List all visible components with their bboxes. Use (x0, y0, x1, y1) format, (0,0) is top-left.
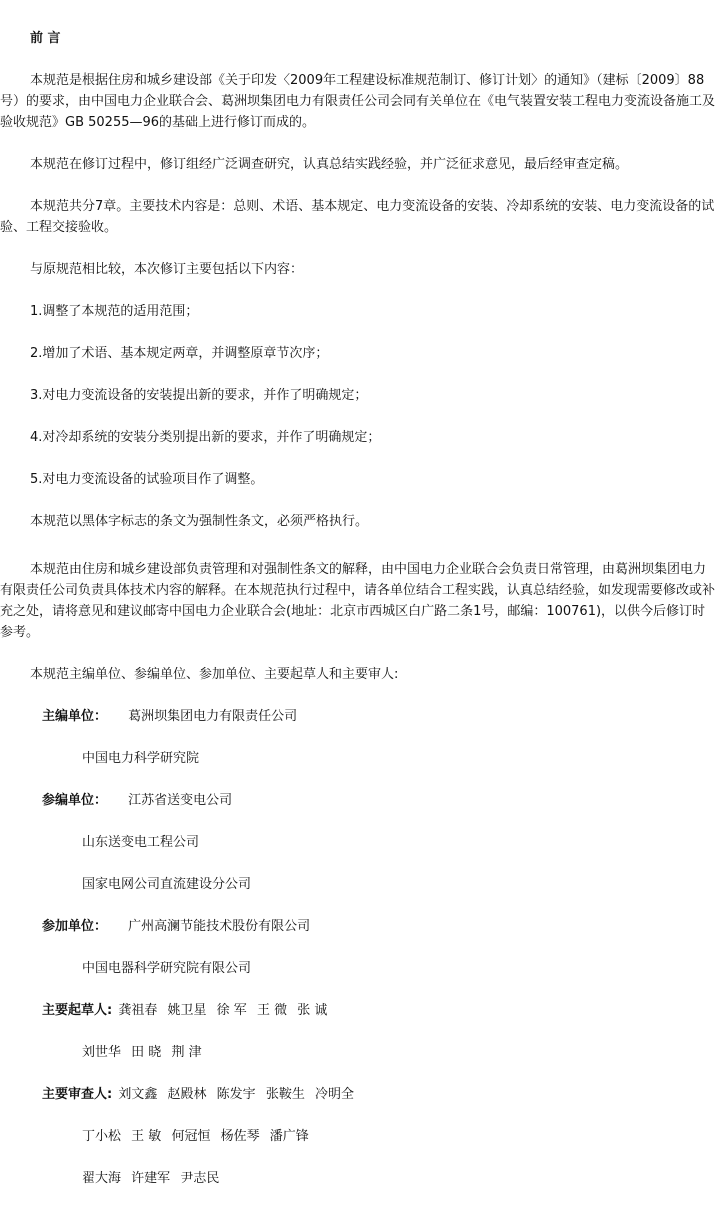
person-name: 冷明全 (315, 1087, 354, 1102)
page-title: 前 言 (30, 28, 61, 49)
joined-unit: 中国电器科学研究院有限公司 (82, 958, 251, 979)
person-name: 荆 津 (171, 1045, 201, 1060)
paragraph-revision-process: 本规范在修订过程中，修订组经广泛调查研究，认真总结实践经验，并广泛征求意见，最后… (0, 154, 716, 175)
change-item: 1.调整了本规范的适用范围； (30, 301, 198, 322)
person-name: 杨佐琴 (221, 1129, 260, 1144)
person-name: 潘广锋 (270, 1129, 309, 1144)
person-name: 尹志民 (180, 1171, 219, 1186)
chief-unit-row: 主编单位： 葛洲坝集团电力有限责任公司 (42, 706, 297, 727)
person-name: 丁小松 (82, 1129, 121, 1144)
person-name: 徐 军 (217, 1003, 247, 1018)
change-item: 3.对电力变流设备的安装提出新的要求，并作了明确规定； (30, 385, 367, 406)
participating-unit: 江苏省送变电公司 (128, 793, 232, 808)
paragraph-mandatory: 本规范以黑体字标志的条文为强制性条文，必须严格执行。 (30, 511, 368, 532)
joined-unit-label: 参加单位： (42, 916, 124, 937)
paragraph-chapters: 本规范共分7章。主要技术内容是：总则、术语、基本规定、电力变流设备的安装、冷却系… (0, 196, 716, 238)
person-name: 刘世华 (82, 1045, 121, 1060)
person-name: 赵殿林 (168, 1087, 207, 1102)
change-item: 4.对冷却系统的安装分类别提出新的要求，并作了明确规定； (30, 427, 380, 448)
reviewers-row-continued: 丁小松 王 敏 何冠恒 杨佐琴 潘广锋 (82, 1126, 315, 1147)
reviewers-label: 主要审查人: (42, 1084, 112, 1105)
person-name: 何冠恒 (171, 1129, 210, 1144)
person-name: 张鞍生 (266, 1087, 305, 1102)
reviewers-row: 主要审查人: 刘文鑫 赵殿林 陈发宇 张鞍生 冷明全 (42, 1084, 360, 1105)
chief-unit: 葛洲坝集团电力有限责任公司 (128, 709, 297, 724)
document: 前 言 本规范是根据住房和城乡建设部《关于印发〈2009年工程建设标准规范制订、… (0, 0, 720, 1221)
drafters-row: 主要起草人: 龚祖春 姚卫星 徐 军 王 微 张 诚 (42, 1000, 333, 1021)
chief-unit-label: 主编单位： (42, 706, 124, 727)
participating-unit: 国家电网公司直流建设分公司 (82, 874, 251, 895)
drafters-label: 主要起草人: (42, 1000, 112, 1021)
participating-unit-row: 参编单位： 江苏省送变电公司 (42, 790, 232, 811)
person-name: 王 敏 (131, 1129, 161, 1144)
person-name: 许建军 (131, 1171, 170, 1186)
person-name: 陈发宇 (217, 1087, 256, 1102)
person-name: 刘文鑫 (118, 1087, 157, 1102)
paragraph-origin: 本规范是根据住房和城乡建设部《关于印发〈2009年工程建设标准规范制订、修订计划… (0, 70, 716, 133)
joined-unit: 广州高澜节能技术股份有限公司 (128, 919, 310, 934)
paragraph-units-intro: 本规范主编单位、参编单位、参加单位、主要起草人和主要审人: (30, 664, 398, 685)
person-name: 龚祖春 (118, 1003, 157, 1018)
paragraph-administration: 本规范由住房和城乡建设部负责管理和对强制性条文的解释，由中国电力企业联合会负责日… (0, 559, 716, 643)
change-item: 2.增加了术语、基本规定两章，并调整原章节次序； (30, 343, 328, 364)
person-name: 王 微 (257, 1003, 287, 1018)
chief-unit: 中国电力科学研究院 (82, 748, 199, 769)
participating-unit-label: 参编单位： (42, 790, 124, 811)
person-name: 姚卫星 (168, 1003, 207, 1018)
joined-unit-row: 参加单位： 广州高澜节能技术股份有限公司 (42, 916, 310, 937)
change-item: 5.对电力变流设备的试验项目作了调整。 (30, 469, 263, 490)
person-name: 翟大海 (82, 1171, 121, 1186)
paragraph-changes-intro: 与原规范相比较，本次修订主要包括以下内容： (30, 259, 303, 280)
drafters-row-continued: 刘世华 田 晓 荆 津 (82, 1042, 208, 1063)
person-name: 田 晓 (131, 1045, 161, 1060)
reviewers-row-continued: 翟大海 许建军 尹志民 (82, 1168, 225, 1189)
participating-unit: 山东送变电工程公司 (82, 832, 199, 853)
person-name: 张 诚 (297, 1003, 327, 1018)
